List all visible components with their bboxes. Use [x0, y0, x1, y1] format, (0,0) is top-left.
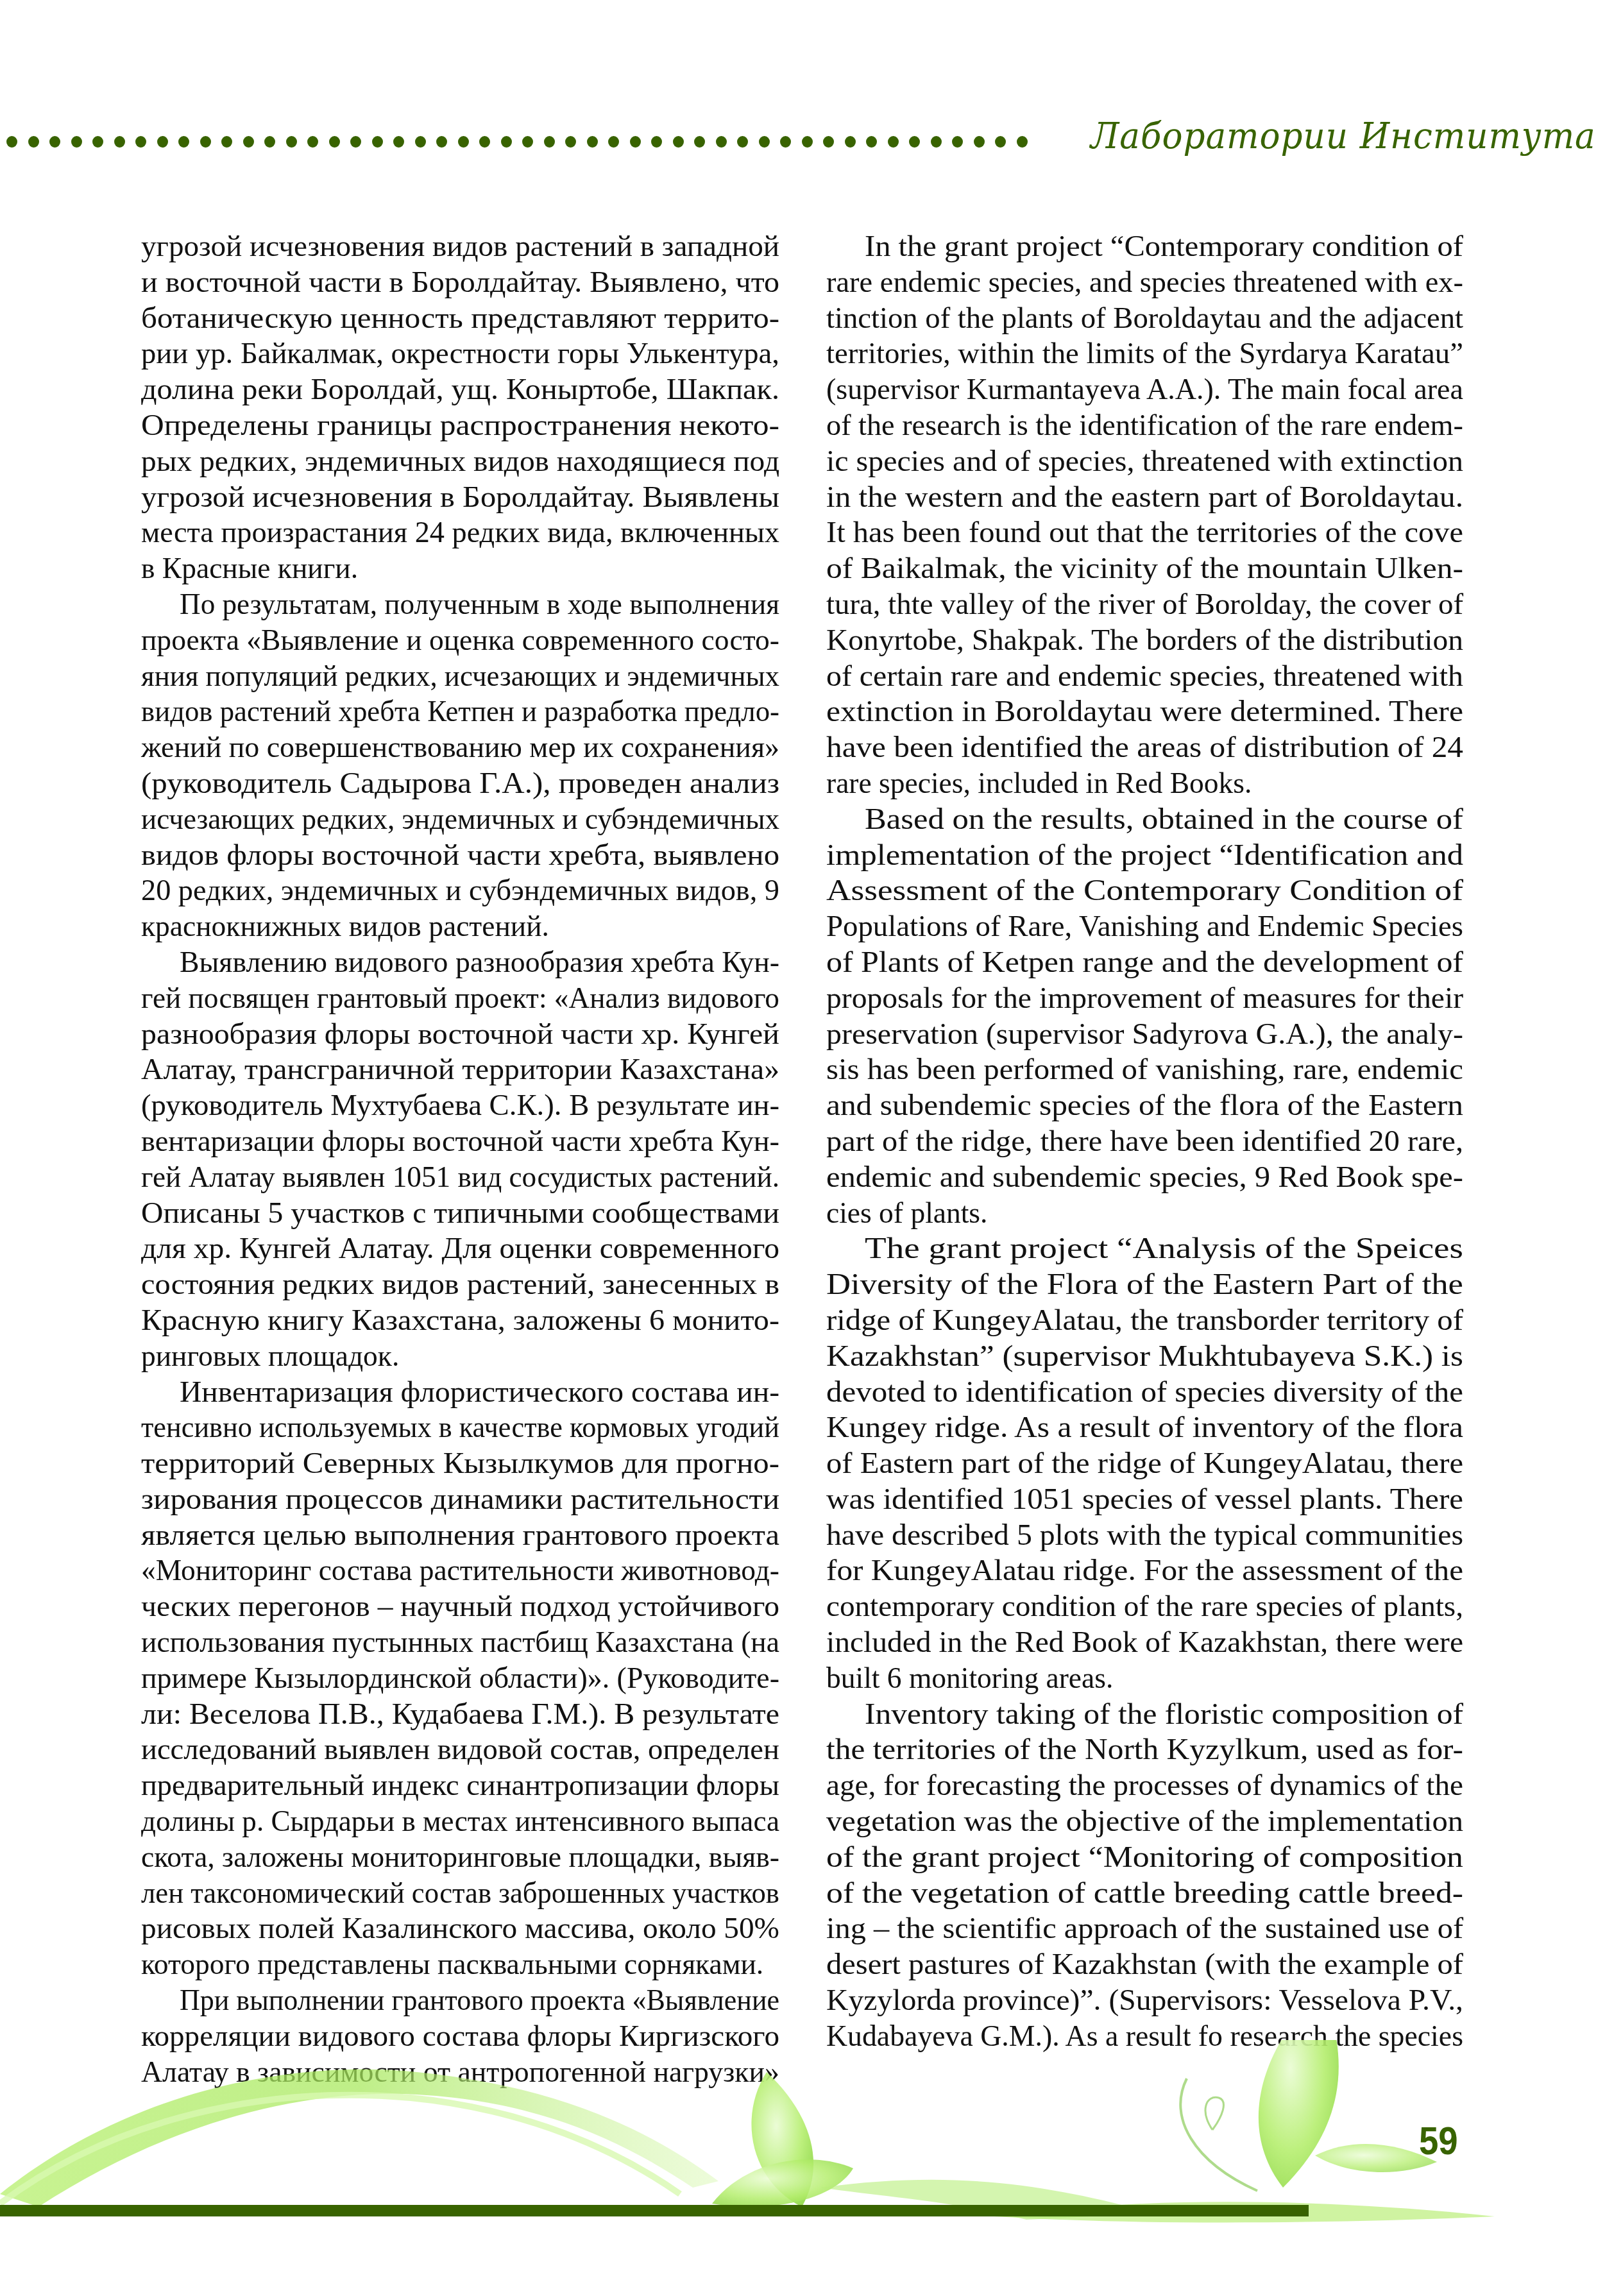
text-line: предварительный индекс синантропизации ф…	[141, 1767, 779, 1803]
text-line: угрозой исчезновения в Боролдайтау. Выяв…	[141, 479, 779, 515]
dot-bullet-icon	[716, 136, 727, 148]
dot-bullet-icon	[737, 136, 748, 148]
text-line: tura, thte valley of the river of Borold…	[826, 586, 1463, 622]
text-line: Инвентаризация флористического состава и…	[141, 1374, 779, 1410]
text-line: (руководитель Мухтубаева С.К.). В резуль…	[141, 1087, 779, 1123]
dot-bullet-icon	[845, 136, 856, 148]
text-line: Konyrtobe, Shakpak. The borders of the d…	[826, 622, 1463, 658]
text-line: которого представлены пасквальными сорня…	[141, 1946, 779, 1982]
dot-bullet-icon	[92, 136, 103, 148]
text-line: of certain rare and endemic species, thr…	[826, 658, 1463, 694]
dot-bullet-icon	[372, 136, 383, 148]
dot-bullet-icon	[587, 136, 598, 148]
text-line: proposals for the improvement of measure…	[826, 980, 1463, 1016]
dot-bullet-icon	[565, 136, 576, 148]
text-line: have been identified the areas of distri…	[826, 729, 1463, 765]
text-line: видов растений хребта Кетпен и разработк…	[141, 693, 779, 729]
text-line: ing – the scientific approach of the sus…	[826, 1910, 1463, 1946]
text-line: ботаническую ценность представляют терри…	[141, 300, 779, 336]
footer-bar	[0, 2205, 1309, 2216]
dot-bullet-icon	[823, 136, 834, 148]
dot-bullet-icon	[307, 136, 318, 148]
text-line: разнообразия флоры восточной части хр. К…	[141, 1016, 779, 1052]
text-line: (supervisor Kurmantayeva A.A.). The main…	[826, 371, 1463, 407]
text-line: краснокнижных видов растений.	[141, 908, 779, 944]
text-line: Kungey ridge. As a result of inventory o…	[826, 1409, 1463, 1445]
dot-bullet-icon	[501, 136, 512, 148]
text-line: Алатау в зависимости от антропогенной на…	[141, 2054, 779, 2090]
text-line: гей посвящен грантовый проект: «Анализ в…	[141, 980, 779, 1016]
text-line: При выполнении грантового проекта «Выявл…	[141, 1982, 779, 2018]
dot-bullet-icon	[415, 136, 426, 148]
dot-bullet-icon	[436, 136, 447, 148]
text-paragraph: In the grant project “Contemporary condi…	[826, 228, 1463, 801]
text-line: рии ур. Байкалмак, окрестности горы Ульк…	[141, 336, 779, 371]
text-line: места произрастания 24 редких вида, вклю…	[141, 514, 779, 550]
dot-bullet-icon	[6, 136, 17, 148]
text-line: жений по совершенствованию мер их сохран…	[141, 729, 779, 765]
text-line: of the research is the identification of…	[826, 407, 1463, 443]
text-line: In the grant project “Contemporary condi…	[826, 228, 1463, 264]
text-line: territories, within the limits of the Sy…	[826, 336, 1463, 371]
text-line: age, for forecasting the processes of dy…	[826, 1767, 1463, 1803]
text-line: исчезающих редких, эндемичных и субэндем…	[141, 801, 779, 837]
text-line: корреляции видового состава флоры Киргиз…	[141, 2018, 779, 2054]
text-line: гей Алатау выявлен 1051 вид сосудистых р…	[141, 1159, 779, 1195]
text-line: территорий Северных Кызылкумов для прогн…	[141, 1445, 779, 1481]
dot-bullet-icon	[221, 136, 232, 148]
text-line: vegetation was the objective of the impl…	[826, 1803, 1463, 1839]
text-line: rare species, included in Red Books.	[826, 765, 1463, 801]
dot-bullet-icon	[694, 136, 705, 148]
text-line: скота, заложены мониторинговые площадки,…	[141, 1839, 779, 1875]
text-line: It has been found out that the territori…	[826, 514, 1463, 550]
dot-bullet-icon	[522, 136, 533, 148]
text-line: of Baikalmak, the vicinity of the mounta…	[826, 550, 1463, 586]
text-paragraph: угрозой исчезновения видов растений в за…	[141, 228, 779, 586]
text-line: included in the Red Book of Kazakhstan, …	[826, 1624, 1463, 1660]
text-line: was identified 1051 species of vessel pl…	[826, 1481, 1463, 1517]
text-line: extinction in Boroldaytau were determine…	[826, 693, 1463, 729]
page-number: 59	[1419, 2120, 1458, 2163]
text-line: зирования процессов динамики растительно…	[141, 1481, 779, 1517]
text-line: (руководитель Садырова Г.А.), проведен а…	[141, 765, 779, 801]
text-line: the territories of the North Kyzylkum, u…	[826, 1731, 1463, 1767]
dot-bullet-icon	[909, 136, 920, 148]
dot-bullet-icon	[479, 136, 490, 148]
text-line: По результатам, полученным в ходе выполн…	[141, 586, 779, 622]
dot-bullet-icon	[931, 136, 942, 148]
text-line: preservation (supervisor Sadyrova G.A.),…	[826, 1016, 1463, 1052]
dot-bullet-icon	[780, 136, 791, 148]
text-line: Описаны 5 участков с типичными сообществ…	[141, 1195, 779, 1231]
text-line: долины р. Сырдарьи в местах интенсивного…	[141, 1803, 779, 1839]
dot-bullet-icon	[71, 136, 82, 148]
text-line: in the western and the eastern part of B…	[826, 479, 1463, 515]
document-page: Лаборатории Института угрозой исчезновен…	[0, 0, 1614, 2296]
text-line: рых редких, эндемичных видов находящиеся…	[141, 443, 779, 479]
text-line: Kyzylorda province)”. (Supervisors: Vess…	[826, 1982, 1463, 2018]
dot-bullet-icon	[243, 136, 254, 148]
dot-bullet-icon	[802, 136, 813, 148]
text-line: ic species and of species, threatened wi…	[826, 443, 1463, 479]
dot-bullet-icon	[1017, 136, 1028, 148]
dot-bullet-icon	[759, 136, 770, 148]
dot-bullet-icon	[350, 136, 361, 148]
text-paragraph: Инвентаризация флористического состава и…	[141, 1374, 779, 1983]
text-line: Kudabayeva G.M.). As a result fo researc…	[826, 2018, 1463, 2054]
text-line: состояния редких видов растений, занесен…	[141, 1266, 779, 1302]
text-line: использования пустынных пастбищ Казахста…	[141, 1624, 779, 1660]
text-line: rare endemic species, and species threat…	[826, 264, 1463, 300]
text-line: ческих перегонов – научный подход устойч…	[141, 1588, 779, 1624]
text-line: ridge of KungeyAlatau, the transborder t…	[826, 1302, 1463, 1338]
dot-bullet-icon	[178, 136, 189, 148]
text-line: Inventory taking of the floristic compos…	[826, 1696, 1463, 1732]
dot-bullet-icon	[135, 136, 146, 148]
dot-bullet-icon	[608, 136, 619, 148]
text-line: Diversity of the Flora of the Eastern Pa…	[826, 1266, 1463, 1302]
text-line: cies of plants.	[826, 1195, 1463, 1231]
dot-bullet-icon	[157, 136, 168, 148]
text-line: Kazakhstan” (supervisor Mukhtubayeva S.K…	[826, 1338, 1463, 1374]
text-line: Определены границы распространения некот…	[141, 407, 779, 443]
text-line: примере Кызылординской области)». (Руков…	[141, 1660, 779, 1696]
dot-bullet-icon	[673, 136, 684, 148]
dot-bullet-icon	[544, 136, 555, 148]
text-paragraph: По результатам, полученным в ходе выполн…	[141, 586, 779, 944]
text-line: of Eastern part of the ridge of KungeyAl…	[826, 1445, 1463, 1481]
header-dot-divider	[6, 136, 1041, 148]
text-line: исследований выявлен видовой состав, опр…	[141, 1731, 779, 1767]
dot-bullet-icon	[974, 136, 985, 148]
dot-bullet-icon	[888, 136, 899, 148]
dot-bullet-icon	[866, 136, 877, 148]
text-line: 20 редких, эндемичных и субэндемичных ви…	[141, 872, 779, 908]
text-line: вентаризации флоры восточной части хребт…	[141, 1123, 779, 1159]
text-paragraph: Based on the results, obtained in the co…	[826, 801, 1463, 1231]
text-line: долина реки Боролдай, ущ. Коныртобе, Шак…	[141, 371, 779, 407]
text-line: The grant project “Analysis of the Speic…	[826, 1230, 1463, 1266]
text-line: для хр. Кунгей Алатау. Для оценки соврем…	[141, 1230, 779, 1266]
text-line: и восточной части в Боролдайтау. Выявлен…	[141, 264, 779, 300]
text-line: Assessment of the Contemporary Condition…	[826, 872, 1463, 908]
text-line: ринговых площадок.	[141, 1338, 779, 1374]
text-line: devoted to identification of species div…	[826, 1374, 1463, 1410]
text-line: видов флоры восточной части хребта, выяв…	[141, 837, 779, 873]
dot-bullet-icon	[995, 136, 1006, 148]
text-line: проекта «Выявление и оценка современного…	[141, 622, 779, 658]
text-line: tinction of the plants of Boroldaytau an…	[826, 300, 1463, 336]
text-line: built 6 monitoring areas.	[826, 1660, 1463, 1696]
dot-bullet-icon	[651, 136, 662, 148]
text-line: Алатау, трансграничной территории Казахс…	[141, 1051, 779, 1087]
text-line: have described 5 plots with the typical …	[826, 1517, 1463, 1553]
text-line: sis has been performed of vanishing, rar…	[826, 1051, 1463, 1087]
left-column-russian-text: угрозой исчезновения видов растений в за…	[141, 228, 779, 2089]
text-line: for KungeyAlatau ridge. For the assessme…	[826, 1552, 1463, 1588]
text-line: в Красные книги.	[141, 550, 779, 586]
text-line: ли: Веселова П.В., Кудабаева Г.М.). В ре…	[141, 1696, 779, 1732]
text-paragraph: The grant project “Analysis of the Speic…	[826, 1230, 1463, 1696]
text-line: угрозой исчезновения видов растений в за…	[141, 228, 779, 264]
dot-bullet-icon	[200, 136, 211, 148]
dot-bullet-icon	[393, 136, 404, 148]
dot-bullet-icon	[264, 136, 275, 148]
text-line: Красную книгу Казахстана, заложены 6 мон…	[141, 1302, 779, 1338]
text-line: part of the ridge, there have been ident…	[826, 1123, 1463, 1159]
right-column-english-text: In the grant project “Contemporary condi…	[826, 228, 1463, 2054]
text-paragraph: Inventory taking of the floristic compos…	[826, 1696, 1463, 2054]
text-line: contemporary condition of the rare speci…	[826, 1588, 1463, 1624]
text-paragraph: Выявлению видового разнообразия хребта К…	[141, 944, 779, 1374]
dot-bullet-icon	[329, 136, 340, 148]
text-line: Based on the results, obtained in the co…	[826, 801, 1463, 837]
text-line: яния популяций редких, исчезающих и энде…	[141, 658, 779, 694]
text-line: лен таксономический состав заброшенных у…	[141, 1875, 779, 1911]
text-line: тенсивно используемых в качестве кормовы…	[141, 1409, 779, 1445]
dot-bullet-icon	[630, 136, 641, 148]
running-title: Лаборатории Института	[1091, 108, 1468, 166]
text-line: рисовых полей Казалинского массива, окол…	[141, 1910, 779, 1946]
dot-bullet-icon	[49, 136, 60, 148]
text-line: and subendemic species of the flora of t…	[826, 1087, 1463, 1123]
text-line: является целью выполнения грантового про…	[141, 1517, 779, 1553]
text-line: of the grant project “Monitoring of comp…	[826, 1839, 1463, 1875]
text-line: of the vegetation of cattle breeding cat…	[826, 1875, 1463, 1911]
text-line: «Мониторинг состава растительности живот…	[141, 1552, 779, 1588]
text-line: of Plants of Ketpen range and the develo…	[826, 944, 1463, 980]
dot-bullet-icon	[28, 136, 39, 148]
text-paragraph: При выполнении грантового проекта «Выявл…	[141, 1982, 779, 2089]
text-line: Populations of Rare, Vanishing and Endem…	[826, 908, 1463, 944]
text-line: endemic and subendemic species, 9 Red Bo…	[826, 1159, 1463, 1195]
dot-bullet-icon	[286, 136, 297, 148]
dot-bullet-icon	[952, 136, 963, 148]
dot-bullet-icon	[114, 136, 125, 148]
text-line: Выявлению видового разнообразия хребта К…	[141, 944, 779, 980]
text-line: desert pastures of Kazakhstan (with the …	[826, 1946, 1463, 1982]
dot-bullet-icon	[458, 136, 469, 148]
text-line: implementation of the project “Identific…	[826, 837, 1463, 873]
